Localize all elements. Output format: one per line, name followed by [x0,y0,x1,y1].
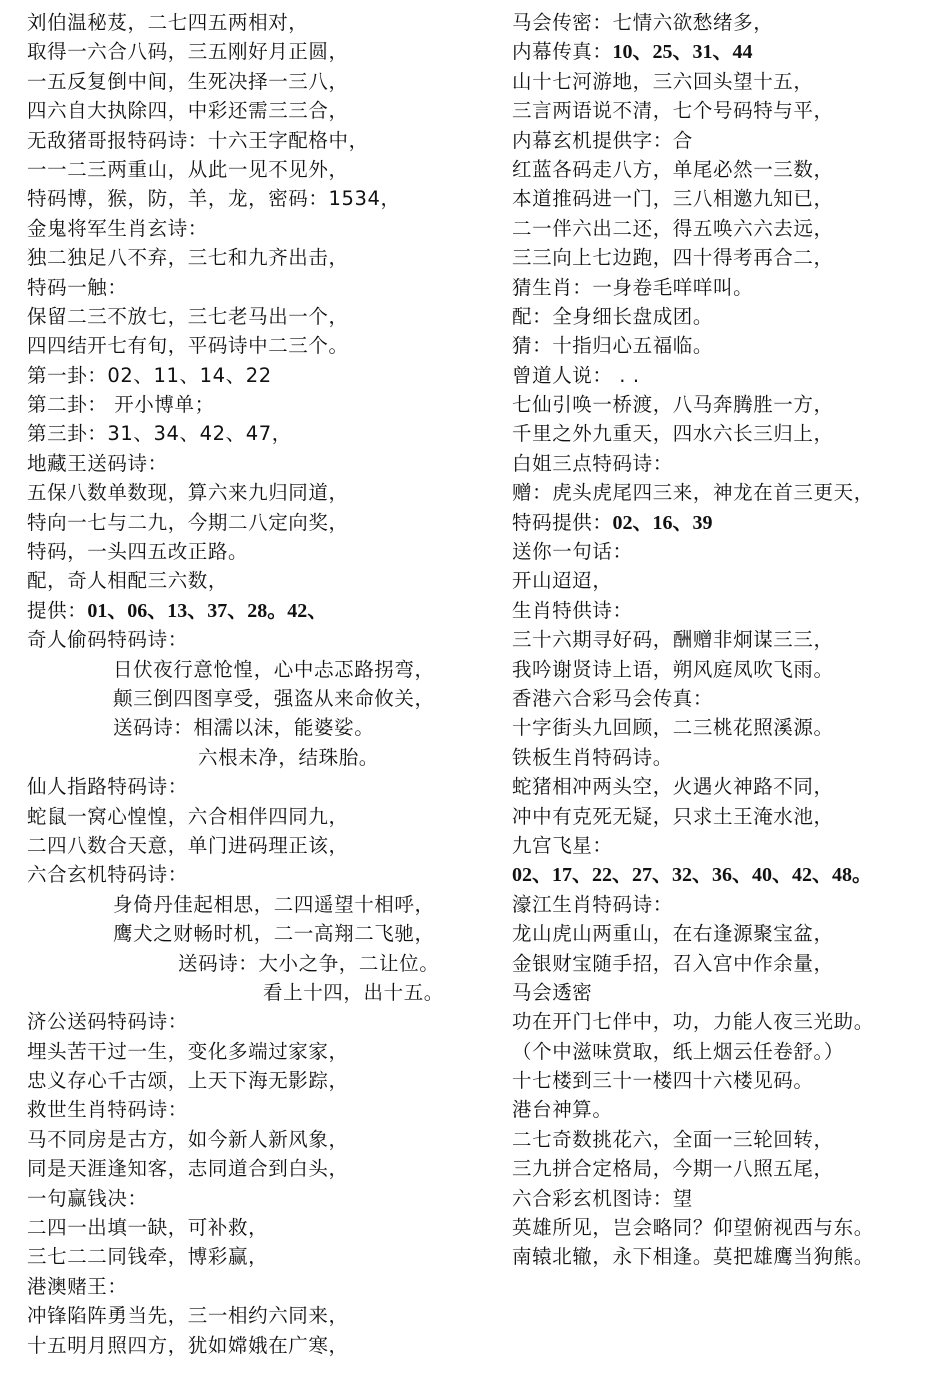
line-text: 第三卦：31、34、42、47， [27,422,292,445]
line-text: 送码诗：相濡以沫，能婆娑。 [113,716,374,739]
line-text: 开山迢迢， [512,569,613,592]
text-line: 我吟谢贤诗上语，朔风庭凤吹飞雨。 [512,655,932,684]
text-line: 特码博，猴，防，羊，龙，密码：1534， [27,184,467,213]
text-line: 开山迢迢， [512,566,932,595]
line-text: 六根未净，结珠胎。 [198,746,379,769]
line-text: 身倚丹佳起相思，二四遥望十相呼， [113,893,435,916]
line-text: 配：全身细长盘成团。 [512,305,713,328]
line-text: 十七楼到三十一楼四十六楼见码。 [512,1069,814,1092]
line-text: 六合彩玄机图诗：望 [512,1187,693,1210]
text-line: 千里之外九重天，四水六长三归上， [512,419,932,448]
text-line: 香港六合彩马会传真： [512,684,932,713]
text-line: 同是天涯逢知客，志同道合到白头， [27,1154,467,1183]
text-line: 一五反复倒中间，生死决择一三八， [27,67,467,96]
text-line: 四六自大执除四，中彩还需三三合， [27,96,467,125]
text-line: 三三向上七边跑，四十得考再合二， [512,243,932,272]
line-text: 特码博，猴，防，羊，龙，密码：1534， [27,187,401,210]
text-line: 白姐三点特码诗： [512,449,932,478]
line-text: 龙山虎山两重山，在右逢源聚宝盆， [512,922,834,945]
text-line: 金鬼将军生肖玄诗： [27,214,467,243]
text-line: 仙人指路特码诗： [27,772,467,801]
line-text: 一一二三两重山，从此一见不见外， [27,158,349,181]
text-line: 蛇猪相冲两头空，火遇火神路不同， [512,772,932,801]
text-line: 地藏王送码诗： [27,449,467,478]
text-line: 曾道人说： . . [512,361,932,390]
line-text: 三十六期寻好码，酬赠非炯谋三三， [512,628,834,651]
line-text: 我吟谢贤诗上语，朔风庭凤吹飞雨。 [512,658,834,681]
text-line: 蛇鼠一窝心惶惶，六合相伴四同九， [27,802,467,831]
text-line: 保留二三不放七，三七老马出一个， [27,302,467,331]
text-line: 金银财宝随手招，召入宫中作余量， [512,949,932,978]
line-text: （个中滋味赏取，纸上烟云任卷舒。） [512,1040,844,1063]
number-label: 内幕传真： [512,40,613,63]
right-column: 马会传密：七情六欲愁绪多，内幕传真：10、25、31、44山十七河游地，三六回头… [512,8,932,1272]
line-text: 看上十四，出十五。 [263,981,444,1004]
text-line: 内幕玄机提供字：合 [512,126,932,155]
text-line: 二七奇数挑花六，全面一三轮回转， [512,1125,932,1154]
text-line: 本道推码进一门，三八相邀九知已， [512,184,932,213]
line-text: 港澳赌王： [27,1275,128,1298]
bold-numbers: 02、17、22、27、32、36、40、42、48。 [512,864,872,886]
line-text: 白姐三点特码诗： [512,452,673,475]
text-line: 三言两语说不清，七个号码特与平， [512,96,932,125]
text-line: 特码提供：02、16、39 [512,508,932,537]
line-text: 五保八数单数现，算六来九归同道， [27,481,349,504]
text-line: 一一二三两重山，从此一见不见外， [27,155,467,184]
line-text: 赠：虎头虎尾四三来，神龙在首三更天， [512,481,874,504]
line-text: 蛇鼠一窝心惶惶，六合相伴四同九， [27,805,349,828]
text-line: 第三卦：31、34、42、47， [27,419,467,448]
line-text: 英雄所见，岂会略同？仰望俯视西与东。 [512,1216,874,1239]
text-line: 配，奇人相配三六数， [27,566,467,595]
text-line: 救世生肖特码诗： [27,1095,467,1124]
line-text: 四六自大执除四，中彩还需三三合， [27,99,349,122]
line-text: 马会透密 [512,981,592,1004]
text-line: 港澳赌王： [27,1272,467,1301]
line-text: 蛇猪相冲两头空，火遇火神路不同， [512,775,834,798]
text-line: 特码一触： [27,273,467,302]
line-text: 忠义存心千古颂，上天下海无影踪， [27,1069,349,1092]
text-line: （个中滋味赏取，纸上烟云任卷舒。） [512,1037,932,1066]
line-text: 颠三倒四图享受，强盗从来命攸关， [113,687,435,710]
line-text: 二四八数合天意，单门进码理正该， [27,834,349,857]
text-line: 日伏夜行意怆惶，心中忐忑路拐弯， [27,655,467,684]
text-line: 取得一六合八码，三五刚好月正圆， [27,37,467,66]
text-line: 内幕传真：10、25、31、44 [512,37,932,66]
text-line: 特码，一头四五改正路。 [27,537,467,566]
text-line: 提供：01、06、13、37、28。42、 [27,596,467,625]
text-line: 三七二二同钱牵，博彩赢， [27,1242,467,1271]
line-text: 金鬼将军生肖玄诗： [27,217,208,240]
text-line: 看上十四，出十五。 [27,978,467,1007]
line-text: 三九拼合定格局，今期一八照五尾， [512,1157,834,1180]
line-text: 三三向上七边跑，四十得考再合二， [512,246,834,269]
text-line: 忠义存心千古颂，上天下海无影踪， [27,1066,467,1095]
line-text: 特码一触： [27,276,128,299]
text-line: 南辕北辙，永下相逢。莫把雄鹰当狗熊。 [512,1242,932,1271]
text-line: 龙山虎山两重山，在右逢源聚宝盆， [512,919,932,948]
line-text: 二七奇数挑花六，全面一三轮回转， [512,1128,834,1151]
text-line: 身倚丹佳起相思，二四遥望十相呼， [27,890,467,919]
line-text: 第二卦： 开小博单； [27,393,215,416]
line-text: 猜：十指归心五福临。 [512,334,713,357]
left-column: 刘伯温秘芨，二七四五两相对，取得一六合八码，三五刚好月正圆，一五反复倒中间，生死… [27,8,467,1360]
text-line: 濠江生肖特码诗： [512,890,932,919]
text-line: 猜生肖：一身卷毛咩咩叫。 [512,273,932,302]
line-text: 鹰犬之财畅时机，二一高翔二飞驰， [113,922,435,945]
line-text: 送码诗：大小之争，二让位。 [178,952,439,975]
number-label: 特码提供： [512,511,613,534]
line-text: 千里之外九重天，四水六长三归上， [512,422,834,445]
line-text: 猜生肖：一身卷毛咩咩叫。 [512,276,753,299]
bold-numbers: 01、06、13、37、28。42、 [87,600,327,622]
text-line: 铁板生肖特码诗。 [512,743,932,772]
line-text: 济公送码特码诗： [27,1010,188,1033]
line-text: 十五明月照四方，犹如嫦娥在广寒， [27,1334,349,1357]
text-line: 02、17、22、27、32、36、40、42、48。 [512,860,932,889]
text-line: 港台神算。 [512,1095,932,1124]
text-line: 红蓝各码走八方，单尾必然一三数， [512,155,932,184]
line-text: 金银财宝随手招，召入宫中作余量， [512,952,834,975]
line-text: 冲中有克死无疑，只求土王淹水池， [512,805,834,828]
line-text: 保留二三不放七，三七老马出一个， [27,305,349,328]
line-text: 南辕北辙，永下相逢。莫把雄鹰当狗熊。 [512,1245,874,1268]
line-text: 六合玄机特码诗： [27,863,188,886]
text-line: 马会传密：七情六欲愁绪多， [512,8,932,37]
text-line: 三九拼合定格局，今期一八照五尾， [512,1154,932,1183]
line-text: 生肖特供诗： [512,599,633,622]
text-line: 一句赢钱决： [27,1184,467,1213]
text-line: 颠三倒四图享受，强盗从来命攸关， [27,684,467,713]
line-text: 同是天涯逢知客，志同道合到白头， [27,1157,349,1180]
text-line: 四四结开七有旬，平码诗中二三个。 [27,331,467,360]
text-line: 马会透密 [512,978,932,1007]
line-text: 配，奇人相配三六数， [27,569,228,592]
line-text: 功在开门七伴中，功，力能人夜三光助。 [512,1010,874,1033]
line-text: 濠江生肖特码诗： [512,893,673,916]
text-line: 十字街头九回顾，二三桃花照溪源。 [512,713,932,742]
text-line: 山十七河游地，三六回头望十五， [512,67,932,96]
text-line: 送码诗：相濡以沫，能婆娑。 [27,713,467,742]
text-line: 无敌猪哥报特码诗：十六王字配格中， [27,126,467,155]
text-line: 二四八数合天意，单门进码理正该， [27,831,467,860]
line-text: 山十七河游地，三六回头望十五， [512,70,814,93]
line-text: 内幕玄机提供字：合 [512,129,693,152]
bold-numbers: 02、16、39 [613,512,713,534]
line-text: 香港六合彩马会传真： [512,687,713,710]
line-text: 日伏夜行意怆惶，心中忐忑路拐弯， [113,658,435,681]
line-text: 十字街头九回顾，二三桃花照溪源。 [512,716,834,739]
line-text: 奇人偷码特码诗： [27,628,188,651]
text-line: 六合玄机特码诗： [27,860,467,889]
text-line: 九宫飞星： [512,831,932,860]
text-line: 特向一七与二九，今期二八定向奖， [27,508,467,537]
text-line: 冲中有克死无疑，只求土王淹水池， [512,802,932,831]
text-line: 配：全身细长盘成团。 [512,302,932,331]
bold-numbers: 10、25、31、44 [613,41,753,63]
line-text: 马会传密：七情六欲愁绪多， [512,11,773,34]
line-text: 埋头苦干过一生，变化多端过家家， [27,1040,349,1063]
line-text: 一句赢钱决： [27,1187,148,1210]
text-line: 英雄所见，岂会略同？仰望俯视西与东。 [512,1213,932,1242]
text-line: 生肖特供诗： [512,596,932,625]
text-line: 鹰犬之财畅时机，二一高翔二飞驰， [27,919,467,948]
line-text: 曾道人说： . . [512,364,640,387]
line-text: 取得一六合八码，三五刚好月正圆， [27,40,349,63]
line-text: 仙人指路特码诗： [27,775,188,798]
text-line: 十五明月照四方，犹如嫦娥在广寒， [27,1331,467,1360]
line-text: 送你一句话： [512,540,633,563]
line-text: 第一卦：02、11、14、22 [27,364,272,387]
text-line: 送码诗：大小之争，二让位。 [27,949,467,978]
line-text: 冲锋陷阵勇当先，三一相约六同来， [27,1304,349,1327]
text-line: 马不同房是古方，如今新人新风象， [27,1125,467,1154]
text-line: 第一卦：02、11、14、22 [27,361,467,390]
line-text: 四四结开七有旬，平码诗中二三个。 [27,334,349,357]
text-line: 奇人偷码特码诗： [27,625,467,654]
line-text: 二四一出填一缺，可补救， [27,1216,268,1239]
text-line: 埋头苦干过一生，变化多端过家家， [27,1037,467,1066]
line-text: 九宫飞星： [512,834,613,857]
line-text: 特码，一头四五改正路。 [27,540,248,563]
text-line: 五保八数单数现，算六来九归同道， [27,478,467,507]
text-line: 冲锋陷阵勇当先，三一相约六同来， [27,1301,467,1330]
line-text: 马不同房是古方，如今新人新风象， [27,1128,349,1151]
line-text: 刘伯温秘芨，二七四五两相对， [27,11,308,34]
text-line: 济公送码特码诗： [27,1007,467,1036]
text-line: 十七楼到三十一楼四十六楼见码。 [512,1066,932,1095]
text-line: 二四一出填一缺，可补救， [27,1213,467,1242]
line-text: 地藏王送码诗： [27,452,168,475]
text-line: 送你一句话： [512,537,932,566]
text-line: 刘伯温秘芨，二七四五两相对， [27,8,467,37]
text-line: 六合彩玄机图诗：望 [512,1184,932,1213]
text-line: 六根未净，结珠胎。 [27,743,467,772]
line-text: 特向一七与二九，今期二八定向奖， [27,511,349,534]
text-line: 独二独足八不弃，三七和九齐出击， [27,243,467,272]
line-text: 本道推码进一门，三八相邀九知已， [512,187,834,210]
text-line: 功在开门七伴中，功，力能人夜三光助。 [512,1007,932,1036]
text-line: 三十六期寻好码，酬赠非炯谋三三， [512,625,932,654]
line-text: 三言两语说不清，七个号码特与平， [512,99,834,122]
line-text: 救世生肖特码诗： [27,1098,188,1121]
text-line: 赠：虎头虎尾四三来，神龙在首三更天， [512,478,932,507]
line-text: 七仙引唤一桥渡，八马奔腾胜一方， [512,393,834,416]
line-text: 无敌猪哥报特码诗：十六王字配格中， [27,129,369,152]
line-text: 一五反复倒中间，生死决择一三八， [27,70,349,93]
text-line: 二一伴六出二还，得五唤六六去远， [512,214,932,243]
line-text: 红蓝各码走八方，单尾必然一三数， [512,158,834,181]
line-text: 二一伴六出二还，得五唤六六去远， [512,217,834,240]
text-line: 第二卦： 开小博单； [27,390,467,419]
number-label: 提供： [27,599,87,622]
text-line: 七仙引唤一桥渡，八马奔腾胜一方， [512,390,932,419]
line-text: 独二独足八不弃，三七和九齐出击， [27,246,349,269]
line-text: 港台神算。 [512,1098,613,1121]
line-text: 铁板生肖特码诗。 [512,746,673,769]
line-text: 三七二二同钱牵，博彩赢， [27,1245,268,1268]
text-line: 猜：十指归心五福临。 [512,331,932,360]
